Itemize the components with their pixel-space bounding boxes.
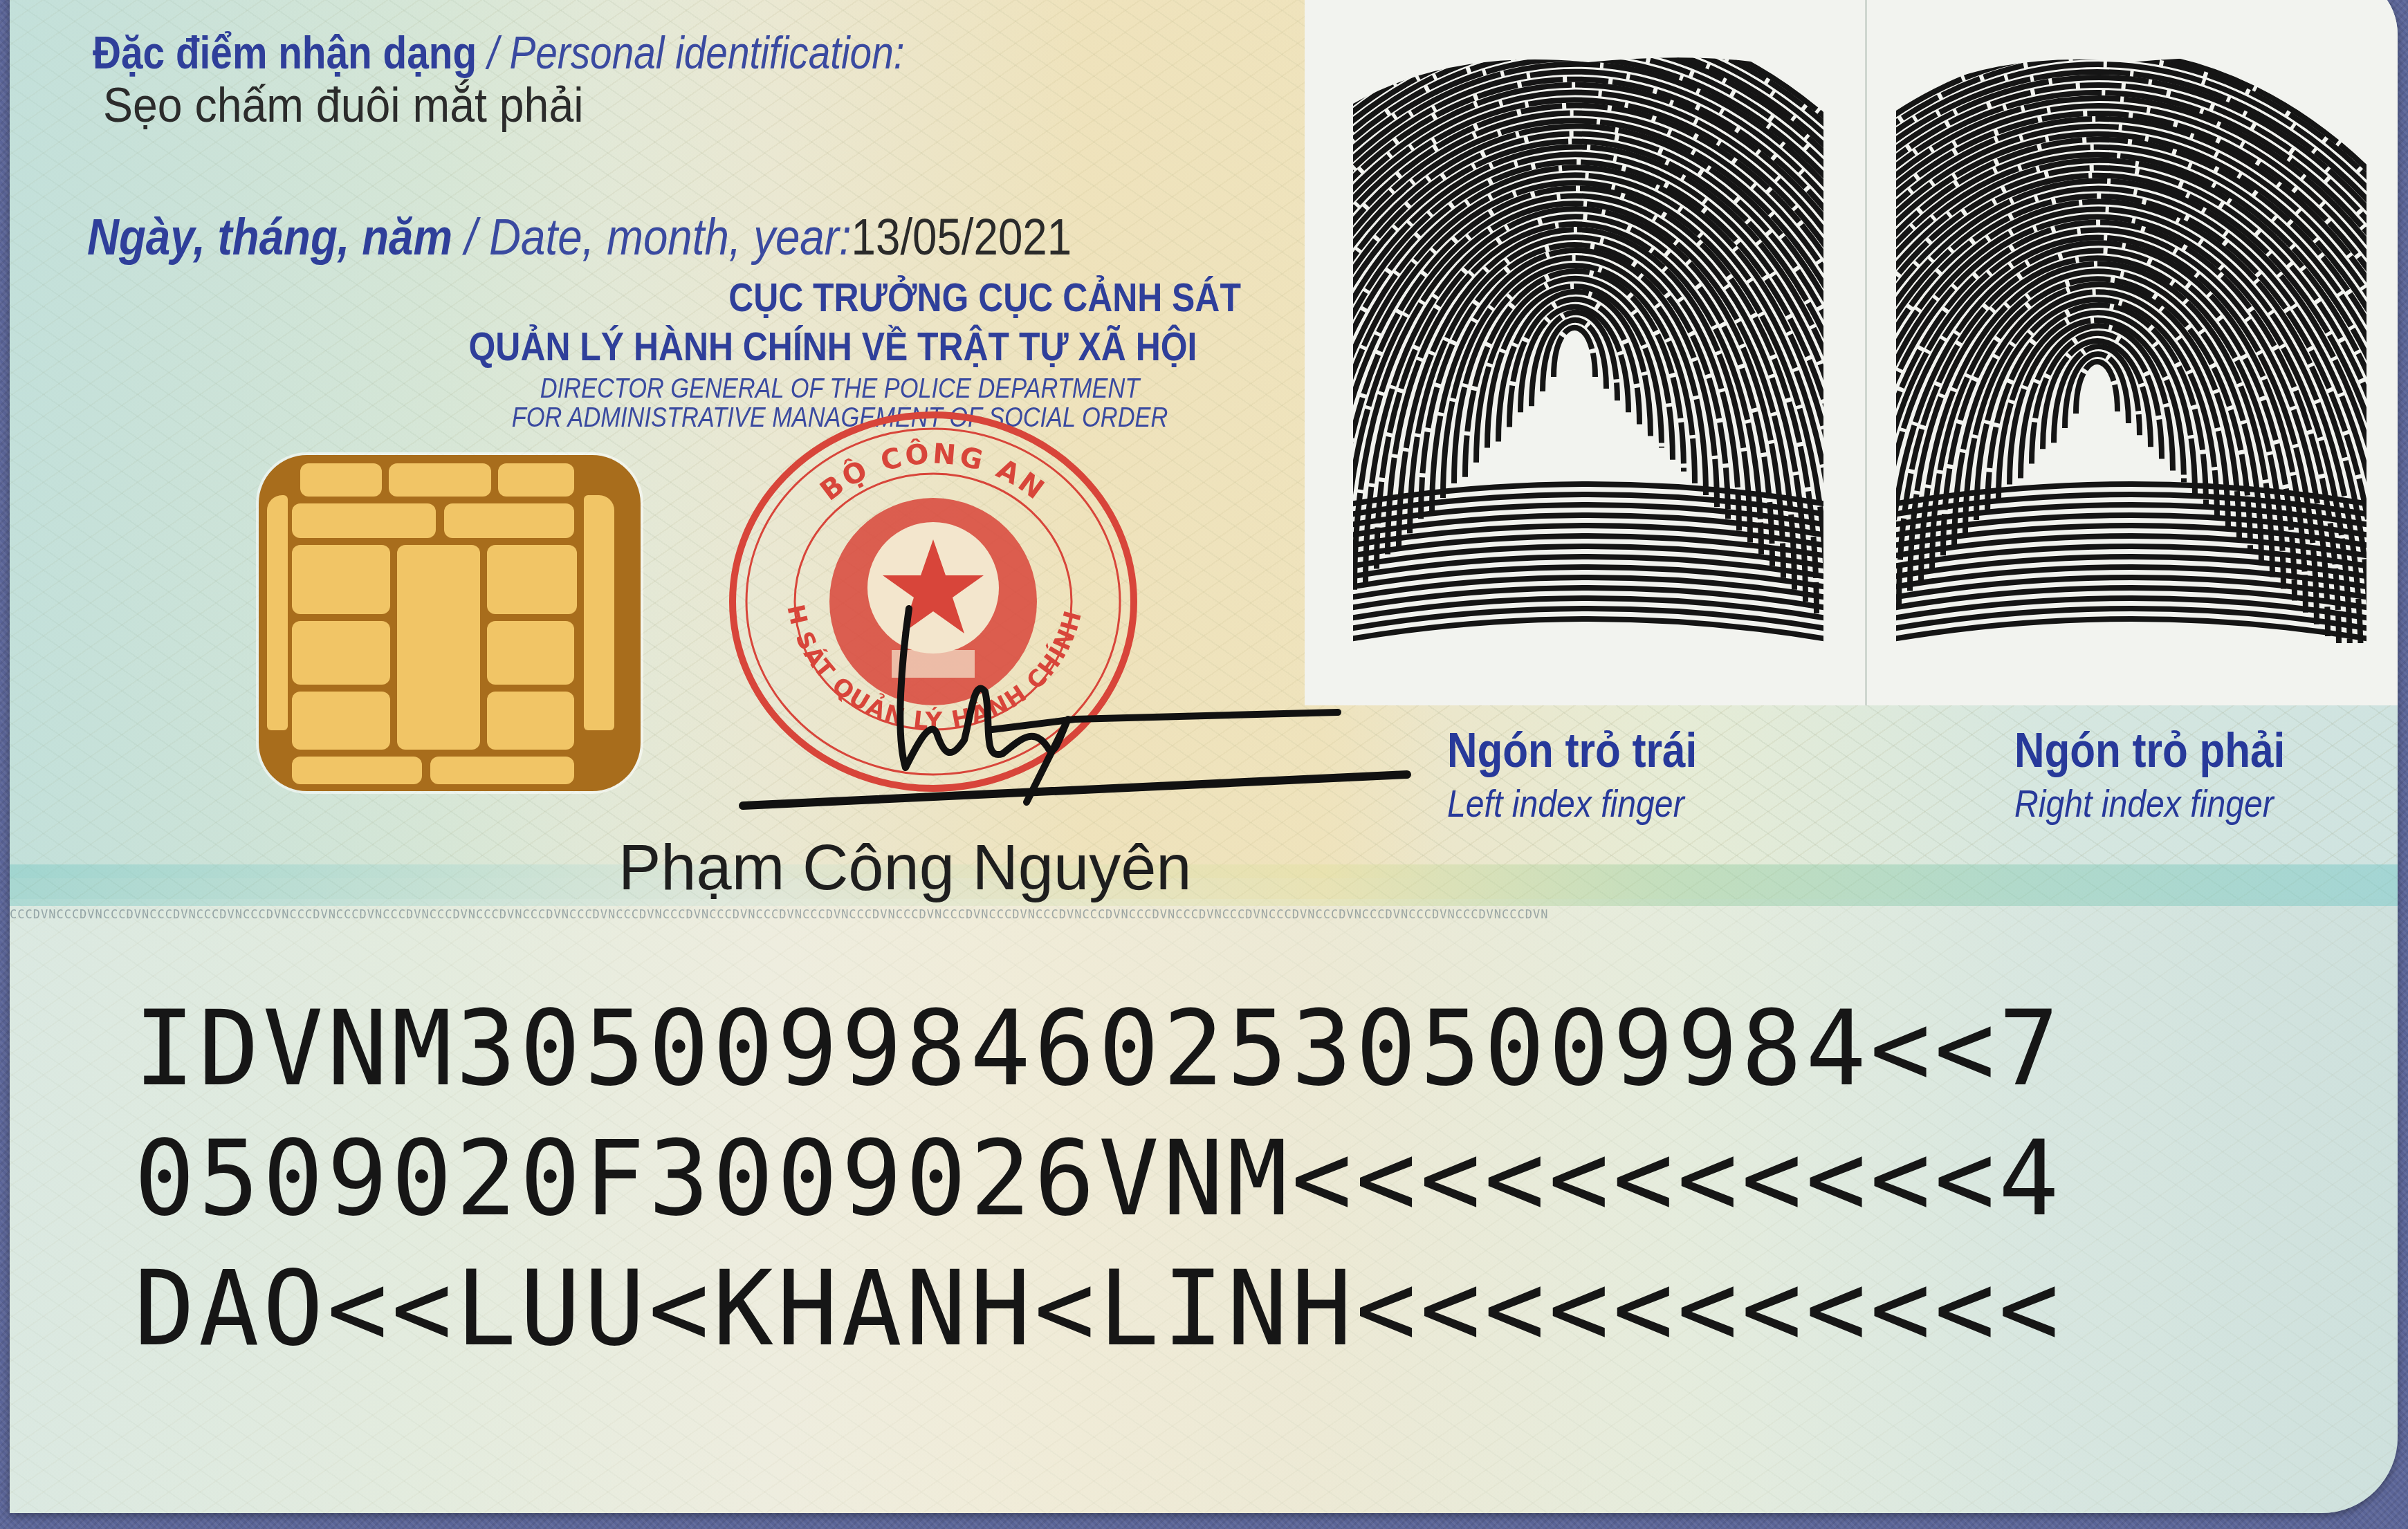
issue-date-row: Ngày, tháng, năm / Date, month, year:13/… (87, 207, 1072, 266)
label-separator: / (452, 208, 489, 266)
personal-identification-value: Sẹo chấm đuôi mắt phải (103, 77, 584, 133)
fingerprint-left-caption: Ngón trỏ trái Left index finger (1447, 723, 1738, 826)
issuer-title-vn-line2: QUẢN LÝ HÀNH CHÍNH VỀ TRẬT TỰ XÃ HỘI (393, 324, 1274, 370)
fingerprint-icon (1346, 21, 1830, 650)
holographic-band (10, 864, 2398, 906)
fingerprint-right-caption: Ngón trỏ phải Right index finger (2014, 723, 2329, 826)
signer-name: Phạm Công Nguyên (618, 832, 1192, 905)
fingerprint-left (1346, 21, 1830, 650)
fingerprint-icon (1889, 21, 2373, 650)
issue-date-label-en: Date, month, year: (489, 208, 852, 266)
fingerprint-left-label-en: Left index finger (1447, 781, 1697, 826)
microprint-line: CCCDVNCCCDVNCCCDVNCCCDVNCCCDVNCCCDVNCCCD… (10, 908, 2398, 923)
id-card-back: CCCDVNCCCDVNCCCDVNCCCDVNCCCDVNCCCDVNCCCD… (10, 0, 2398, 1513)
personal-identification-label-en: Personal identification: (509, 27, 904, 78)
fingerprint-left-label-vn: Ngón trỏ trái (1447, 723, 1697, 778)
fingerprint-divider (1865, 0, 1867, 705)
issuer-title-vn-line1: CỤC TRƯỞNG CỤC CẢNH SÁT (728, 275, 1062, 321)
fingerprint-right-label-en: Right index finger (2014, 781, 2285, 826)
issuer-title-en-line1: DIRECTOR GENERAL OF THE POLICE DEPARTMEN… (435, 373, 1244, 405)
personal-identification-label-vn: Đặc điểm nhận dạng (93, 27, 477, 78)
fingerprint-panel (1305, 0, 2398, 705)
mrz-line-2: 0509020F3009026VNM<<<<<<<<<<<4 (134, 1119, 2063, 1239)
fingerprint-right-label-vn: Ngón trỏ phải (2014, 723, 2285, 778)
issue-date-value: 13/05/2021 (852, 208, 1072, 266)
mrz-line-1: IDVNM3050099846025305009984<<7 (134, 989, 2063, 1109)
issue-date-label-vn: Ngày, tháng, năm (87, 208, 452, 266)
personal-identification-label: Đặc điểm nhận dạng / Personal identifica… (93, 26, 904, 79)
fingerprint-right (1889, 21, 2373, 650)
emv-chip-icon (259, 455, 641, 791)
mrz-line-3: DAO<<LUU<KHANH<LINH<<<<<<<<<<< (134, 1249, 2063, 1369)
label-separator: / (477, 27, 509, 78)
